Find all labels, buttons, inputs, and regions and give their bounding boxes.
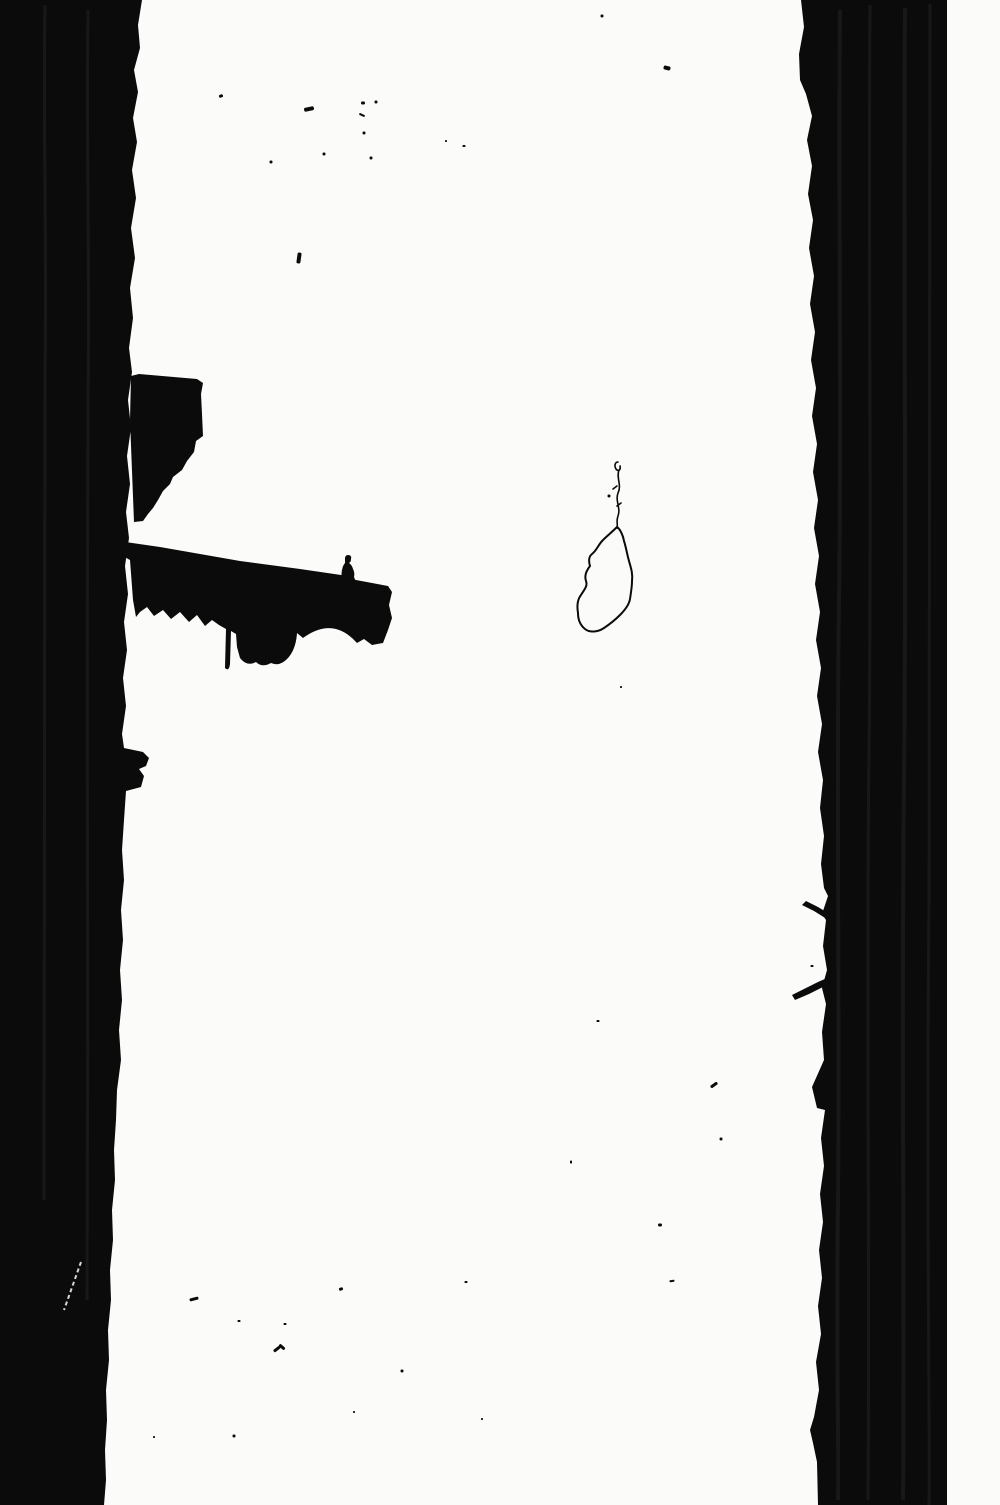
ink-speck [363, 132, 366, 135]
trunk-grain-line [903, 8, 905, 1500]
ink-speck [445, 140, 447, 142]
ink-speck [323, 153, 326, 156]
ink-speck [608, 495, 611, 498]
ink-speck [375, 101, 378, 104]
ink-speck [620, 686, 622, 688]
ink-speck [353, 1411, 355, 1413]
ink-speck [811, 965, 814, 967]
ink-speck [370, 157, 373, 160]
ink-speck [481, 1418, 483, 1420]
ink-speck [233, 1435, 236, 1438]
ink-speck [658, 1224, 662, 1227]
wall-grain-line [87, 10, 89, 1300]
scene-canvas [0, 0, 1000, 1505]
ink-speck [361, 102, 365, 105]
wall-grain-line [44, 5, 46, 1200]
illustration-page [0, 0, 1000, 1505]
ink-speck [465, 1281, 468, 1283]
ink-speck [284, 1323, 287, 1325]
ink-speck [270, 161, 273, 164]
ink-speck [238, 1320, 241, 1322]
ink-speck [401, 1370, 404, 1373]
trunk-grain-line [868, 5, 870, 1500]
ink-speck [720, 1138, 723, 1141]
ink-speck [463, 145, 466, 147]
ink-speck [597, 1020, 600, 1022]
ink-speck [153, 1436, 155, 1438]
ink-speck [570, 1161, 572, 1164]
ink-speck [601, 15, 604, 18]
